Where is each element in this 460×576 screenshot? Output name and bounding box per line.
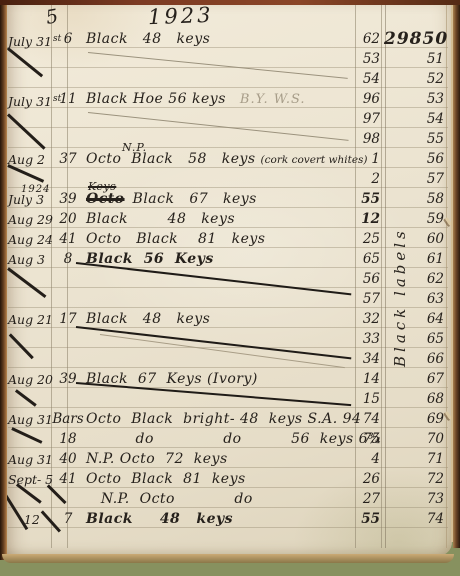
tally-number-cell: 15: [346, 390, 380, 409]
serial-number-cell: 68: [384, 390, 444, 409]
serial-row: 2773: [6, 490, 452, 510]
tally-number-cell: 14: [346, 370, 380, 389]
tally-number-cell: 25: [346, 230, 380, 249]
serial-number-cell: 70: [384, 430, 444, 449]
tally-number-cell: 55: [346, 190, 380, 209]
book-edge-right: [453, 0, 460, 548]
tally-number-cell: 33: [346, 330, 380, 349]
tally-number-cell: 74: [346, 410, 380, 429]
ledger-page: 5 1923 Black labels July 31st6Black 48 k…: [6, 4, 452, 556]
serial-number-cell: 66: [384, 350, 444, 369]
serial-row: 6229850: [6, 30, 452, 50]
ledger-scan: 5 1923 Black labels July 31st6Black 48 k…: [0, 0, 460, 576]
page-number: 5: [44, 5, 60, 29]
serial-number-cell: 29850: [384, 30, 444, 49]
tally-number-cell: 55: [346, 510, 380, 529]
serial-row: 3264: [6, 310, 452, 330]
serial-number-cell: 51: [384, 50, 444, 69]
serial-number-cell: 60: [384, 230, 444, 249]
tally-number-cell: 54: [346, 70, 380, 89]
serial-number-cell: 71: [384, 450, 444, 469]
tally-number-cell: 4: [346, 450, 380, 469]
serial-number-cell: 72: [384, 470, 444, 489]
tally-number-cell: 62: [346, 30, 380, 49]
serial-row: 257: [6, 170, 452, 190]
tally-number-cell: 2: [346, 170, 380, 189]
serial-row: 6561: [6, 250, 452, 270]
serial-row: 1568: [6, 390, 452, 410]
serial-row: 9653: [6, 90, 452, 110]
serial-number-cell: 67: [384, 370, 444, 389]
serial-row: 2672: [6, 470, 452, 490]
serial-number-cell: 52: [384, 70, 444, 89]
serial-number-cell: 56: [384, 150, 444, 169]
serial-row: 5574: [6, 510, 452, 530]
serial-row: 5558: [6, 190, 452, 210]
tally-number-cell: 27: [346, 490, 380, 509]
serial-number-cell: 54: [384, 110, 444, 129]
serial-row: 1467: [6, 370, 452, 390]
page-bottom-edge: [2, 554, 454, 563]
serial-row: 5452: [6, 70, 452, 90]
serial-row: 5763: [6, 290, 452, 310]
serial-row: 156: [6, 150, 452, 170]
book-spine-edge: [0, 0, 7, 560]
serial-number-cell: 59: [384, 210, 444, 229]
serial-number-cell: 65: [384, 330, 444, 349]
serial-row: 2560: [6, 230, 452, 250]
tally-number-cell: 1: [346, 150, 380, 169]
serial-number-cell: 74: [384, 510, 444, 529]
serial-number-cell: 69: [384, 410, 444, 429]
tally-number-cell: 97: [346, 110, 380, 129]
serial-row: 9855: [6, 130, 452, 150]
tally-number-cell: 75: [346, 430, 380, 449]
serial-row: 7469: [6, 410, 452, 430]
serial-row: 7570: [6, 430, 452, 450]
serial-row: 1259: [6, 210, 452, 230]
tally-number-cell: 65: [346, 250, 380, 269]
tally-number-cell: 32: [346, 310, 380, 329]
serial-number-cell: 62: [384, 270, 444, 289]
serial-row: 3466: [6, 350, 452, 370]
tally-number-cell: 96: [346, 90, 380, 109]
serial-number-cell: 63: [384, 290, 444, 309]
serial-number-cell: 53: [384, 90, 444, 109]
tally-number-cell: 53: [346, 50, 380, 69]
tally-number-cell: 56: [346, 270, 380, 289]
serial-number-cell: 58: [384, 190, 444, 209]
serial-number-cell: 61: [384, 250, 444, 269]
tally-number-cell: 26: [346, 470, 380, 489]
serial-number-cell: 64: [384, 310, 444, 329]
serial-row: 3365: [6, 330, 452, 350]
book-edge-top: [0, 0, 460, 5]
serial-number-cell: 57: [384, 170, 444, 189]
tally-number-cell: 12: [346, 210, 380, 229]
serial-number-cell: 73: [384, 490, 444, 509]
tally-number-cell: 98: [346, 130, 380, 149]
year-heading: 1923: [148, 3, 214, 29]
serial-number-cell: 55: [384, 130, 444, 149]
tally-number-cell: 34: [346, 350, 380, 369]
serial-row: 471: [6, 450, 452, 470]
